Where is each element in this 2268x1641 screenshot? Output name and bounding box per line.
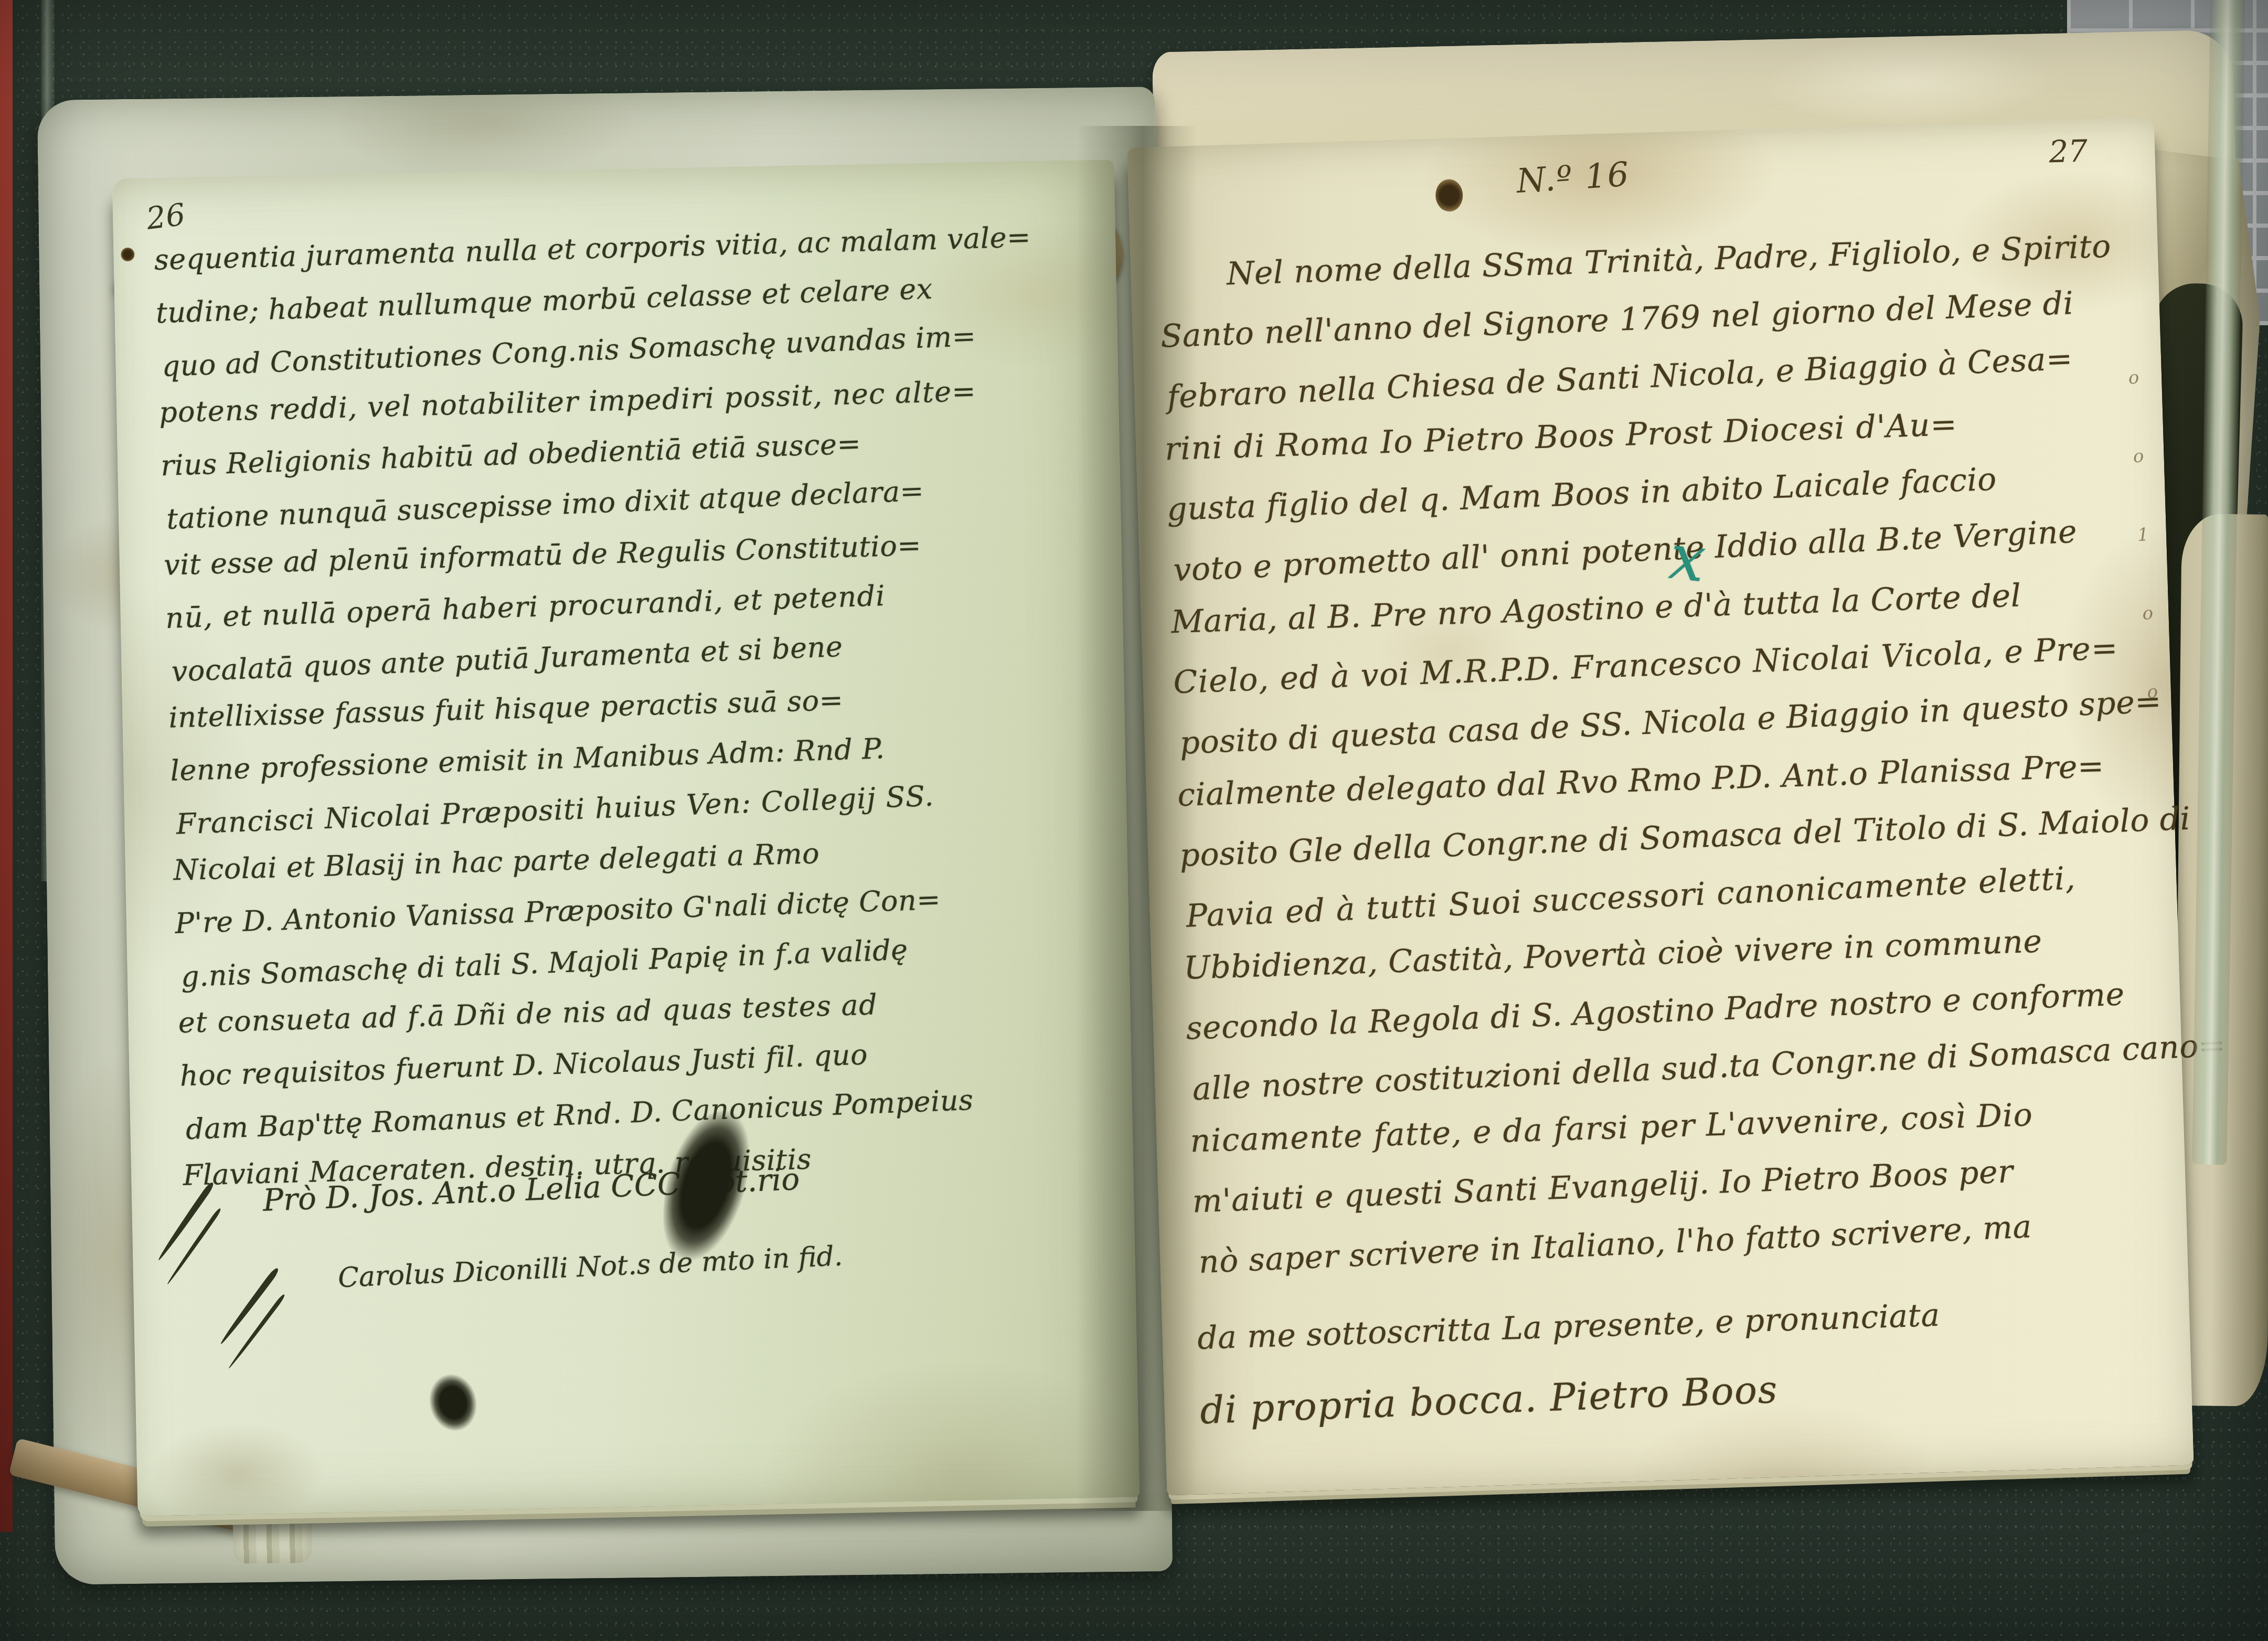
signature-slash-mark <box>218 1266 280 1346</box>
ink-dot <box>121 248 134 261</box>
left-page: 26 sequentia juramenta nulla et corporis… <box>112 159 1140 1516</box>
left-page-text: sequentia juramenta nulla et corporis vi… <box>154 209 1060 1203</box>
ink-blot <box>423 1369 483 1436</box>
page-number-right: 27 <box>2048 133 2088 169</box>
page-number-left: 26 <box>144 196 187 237</box>
green-cross-mark: x <box>1666 528 1710 595</box>
right-page-text: Nel nome della SSma Trinità, Padre, Figl… <box>1157 212 2234 1440</box>
entry-number-heading: N.º 16 <box>1515 155 1631 201</box>
notary-signature-line: Carolus Diconilli Not.s de mto in fid. <box>337 1240 844 1294</box>
manuscript-photo-stage: 26 sequentia juramenta nulla et corporis… <box>0 0 2268 1641</box>
right-page: N.º 16 27 Nel nome della SSma Trinità, P… <box>1127 118 2194 1496</box>
red-edge-stripe <box>0 0 13 1532</box>
wormhole <box>1435 179 1463 212</box>
